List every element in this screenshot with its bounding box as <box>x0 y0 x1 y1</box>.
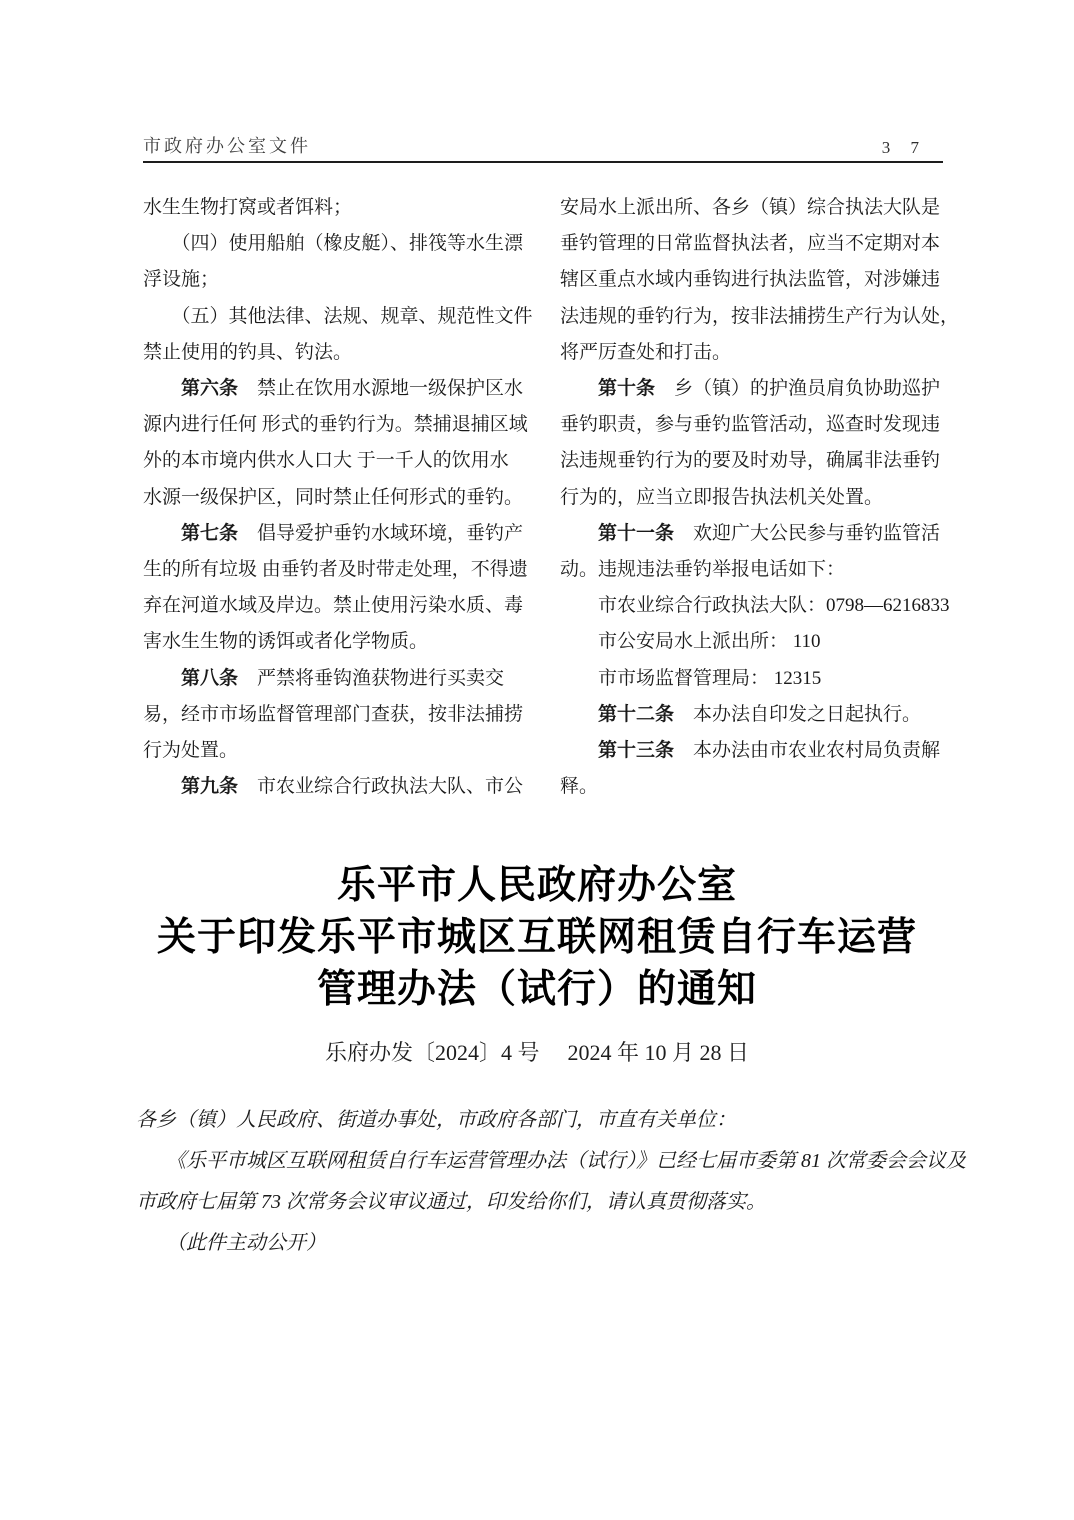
notice-title: 乐平市人民政府办公室关于印发乐平市城区互联网租赁自行车运营管理办法（试行）的通知 <box>0 860 1074 1016</box>
text-line: 浮设施； <box>143 262 527 298</box>
text-line: 禁止使用的钓具、钓法。 <box>143 335 527 371</box>
notice-body-line: 市政府七届第 73 次常务会议审议通过，印发给你们，请认真贯彻落实。 <box>136 1182 948 1223</box>
text-line: 第七条 倡导爱护垂钓水域环境，垂钓产 <box>143 516 527 552</box>
text-line: 水源一级保护区，同时禁止任何形式的垂钓。 <box>143 480 527 516</box>
text-line: 将严厉查处和打击。 <box>560 335 944 371</box>
text-line: 外的本市境内供水人口大 于一千人的饮用水 <box>143 443 527 479</box>
text-line: 市市场监督管理局： 12315 <box>560 661 944 697</box>
text-line: 动。违规违法垂钓举报电话如下： <box>560 552 944 588</box>
header-label: 市政府办公室文件 <box>143 132 311 158</box>
left-column: 水生生物打窝或者饵料； （四）使用船舶（橡皮艇）、排筏等水生漂浮设施； （五）其… <box>143 190 527 805</box>
text-line: 市农业综合行政执法大队：0798—6216833 <box>560 588 944 624</box>
right-column: 安局水上派出所、各乡（镇）综合执法大队是垂钓管理的日常监督执法者，应当不定期对本… <box>560 190 944 805</box>
notice-body-line: 《乐平市城区互联网租赁自行车运营管理办法（试行）》已经七届市委第 81 次常委会… <box>136 1141 948 1182</box>
text-line: 释。 <box>560 769 944 805</box>
issue-date: 2024 年 10 月 28 日 <box>568 1040 750 1065</box>
text-line: 弃在河道水域及岸边。禁止使用污染水质、毒 <box>143 588 527 624</box>
text-line: 市公安局水上派出所： 110 <box>560 624 944 660</box>
page-header: 市政府办公室文件 3 7 <box>143 132 943 163</box>
notice-body-line: 各乡（镇）人民政府、街道办事处，市政府各部门，市直有关单位： <box>136 1100 948 1141</box>
text-line: 辖区重点水域内垂钩进行执法监管，对涉嫌违 <box>560 262 944 298</box>
text-line: 第六条 禁止在饮用水源地一级保护区水 <box>143 371 527 407</box>
notice-title-line: 管理办法（试行）的通知 <box>0 964 1074 1016</box>
text-line: 害水生生物的诱饵或者化学物质。 <box>143 624 527 660</box>
text-line: 法违规垂钓行为的要及时劝导，确属非法垂钓 <box>560 443 944 479</box>
text-line: （五）其他法律、法规、规章、规范性文件 <box>143 299 527 335</box>
notice-body-line: （此件主动公开） <box>136 1223 948 1264</box>
text-line: 易，经市市场监督管理部门查获，按非法捕捞 <box>143 697 527 733</box>
notice-title-line: 关于印发乐平市城区互联网租赁自行车运营 <box>0 912 1074 964</box>
document-page: 市政府办公室文件 3 7 水生生物打窝或者饵料； （四）使用船舶（橡皮艇）、排筏… <box>0 0 1074 1520</box>
notice-body: 各乡（镇）人民政府、街道办事处，市政府各部门，市直有关单位： 《乐平市城区互联网… <box>136 1100 948 1264</box>
text-line: 法违规的垂钓行为，按非法捕捞生产行为认处， <box>560 299 944 335</box>
text-line: 垂钓职责，参与垂钓监管活动，巡查时发现违 <box>560 407 944 443</box>
text-line: 行为处置。 <box>143 733 527 769</box>
text-line: 安局水上派出所、各乡（镇）综合执法大队是 <box>560 190 944 226</box>
text-line: 垂钓管理的日常监督执法者，应当不定期对本 <box>560 226 944 262</box>
article-columns: 水生生物打窝或者饵料； （四）使用船舶（橡皮艇）、排筏等水生漂浮设施； （五）其… <box>143 190 944 805</box>
text-line: （四）使用船舶（橡皮艇）、排筏等水生漂 <box>143 226 527 262</box>
text-line: 第十一条 欢迎广大公民参与垂钓监管活 <box>560 516 944 552</box>
text-line: 行为的，应当立即报告执法机关处置。 <box>560 480 944 516</box>
text-line: 第十条 乡（镇）的护渔员肩负协助巡护 <box>560 371 944 407</box>
page-number: 3 7 <box>882 138 927 158</box>
text-line: 生的所有垃圾 由垂钓者及时带走处理，不得遗 <box>143 552 527 588</box>
doc-meta: 乐府办发〔2024〕4 号2024 年 10 月 28 日 <box>0 1036 1074 1067</box>
text-line: 第十三条 本办法由市农业农村局负责解 <box>560 733 944 769</box>
text-line: 第九条 市农业综合行政执法大队、市公 <box>143 769 527 805</box>
text-line: 源内进行任何 形式的垂钓行为。禁捕退捕区域 <box>143 407 527 443</box>
text-line: 第八条 严禁将垂钩渔获物进行买卖交 <box>143 661 527 697</box>
notice-title-line: 乐平市人民政府办公室 <box>0 860 1074 912</box>
doc-number: 乐府办发〔2024〕4 号 <box>325 1040 540 1065</box>
text-line: 水生生物打窝或者饵料； <box>143 190 527 226</box>
text-line: 第十二条 本办法自印发之日起执行。 <box>560 697 944 733</box>
